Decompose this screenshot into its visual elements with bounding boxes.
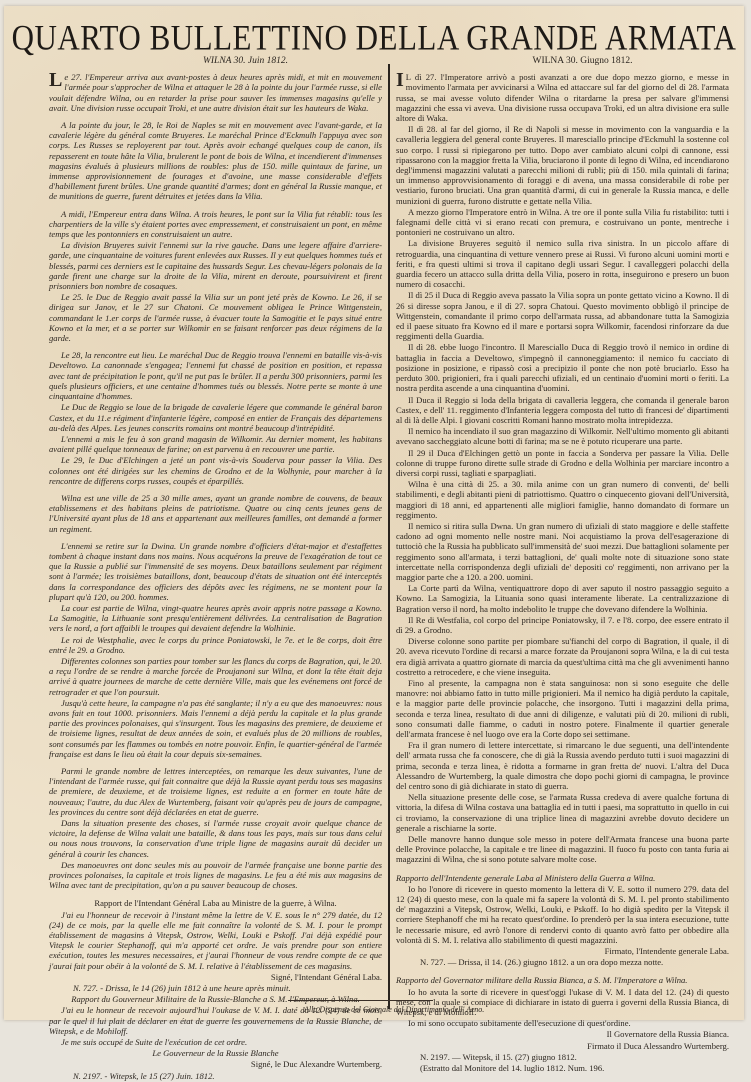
report-heading: Rapporto dell'Intendente generale Laba a… [396,873,729,883]
paragraph: Le 25. le Duc de Reggio avait passé la V… [49,292,382,343]
report-number: N. 727. — Drissa, il 14. (26.) giugno 18… [396,957,729,967]
french-column: WILNA 30. Juin 1812. Le 27. l'Empereur a… [49,56,382,1024]
paragraph: A mezzo giorno l'Imperatore entrò in Wil… [396,207,729,238]
paragraph: Fra il gran numero di lettere intercetta… [396,740,729,791]
report-signature: Signé, l'Intendant Général Laba. [49,972,382,982]
italian-dateline: WILNA 30. Giugno 1812. [396,56,729,66]
paragraph: Le roi de Westphalie, avec le corps du p… [49,635,382,655]
paragraph: La divisione Bruyeres seguitò il nemico … [396,238,729,289]
paragraph: Delle manovre hanno dunque sole messo in… [396,834,729,865]
drop-cap: L [49,72,62,88]
report-body: J'ai eu l'honneur de recevoir à l'instan… [49,910,382,971]
italian-body: IL dì 27. l'Imperatore arrivò a posti av… [396,72,729,1024]
paragraph: Wilna è una città di 25. a 30. mila anim… [396,479,729,520]
paragraph: A la pointe du jour, le 28, le Roi de Na… [49,120,382,202]
paragraph: Il dì 25 il Duca di Reggio aveva passato… [396,290,729,341]
paragraph: Il Re di Westfalia, col corpo del princi… [396,615,729,635]
paragraph: L'ennemi a mis le feu à son grand magasi… [49,434,382,454]
french-dateline: WILNA 30. Juin 1812. [49,56,382,66]
paragraph: Le 29, le Duc d'Elchingen a jeté un pont… [49,455,382,486]
paragraph: Wilna est une ville de 25 a 30 mille ame… [49,493,382,534]
paragraph: IL dì 27. l'Imperatore arrivò a posti av… [396,72,729,123]
paragraph: Jusqu'à cette heure, la campagne n'a pas… [49,698,382,759]
paragraph: Diverse colonne sono partite per piombar… [396,636,729,677]
paragraph: Il 29 il Duca d'Elchingen gettò un ponte… [396,448,729,479]
paragraph: Differentes colonnes son parties pour to… [49,656,382,697]
paragraph: Le 27. l'Empereur arriva aux avant-poste… [49,72,382,113]
report-closing: Io mi sono occupato subitamente dell'ese… [396,1018,729,1024]
paragraph: Il dì 28. al far del giorno, il Re di Na… [396,124,729,206]
french-body: Le 27. l'Empereur arriva aux avant-poste… [49,72,382,1024]
paragraph: La cour est partie de Wilna, vingt-quatr… [49,603,382,634]
paragraph: Fino al presente, la campagna non è stat… [396,678,729,739]
paragraph: Il Duca il Reggio si loda della brigata … [396,395,729,426]
paragraph: La division Bruyeres suivit l'ennemi sur… [49,240,382,291]
paragraph: Il nemico ha incendiato il suo gran maga… [396,426,729,446]
report-number: N. 727. - Drissa, le 14 (26) juin 1812 à… [49,983,382,993]
paragraph: La Corte partì da Wilna, ventiquattrore … [396,583,729,614]
footer-rule [288,1000,433,1001]
paragraph: Des manoeuvres ont donc seules mis au po… [49,860,382,891]
paragraph: Le Duc de Reggio se loue de la brigade d… [49,402,382,433]
paragraph: Nella situazione presente delle cose, se… [396,792,729,833]
report-heading: Rapporto del Governator militare della R… [396,975,729,985]
page-title: QUARTO BULLETTINO DELLA GRANDE ARMATA [4,17,744,58]
report-body: Io ho l'onore di ricevere in questo mome… [396,884,729,945]
paragraph: A midi, l'Empereur entra dans Wilna. A t… [49,209,382,240]
paragraph: Dans la situation presente des choses, s… [49,818,382,859]
report-heading: Rapport de l'Intendant Général Laba au M… [49,898,382,908]
report-signature: Firmato, l'Intendente generale Laba. [396,946,729,956]
paragraph: Le 28, la rencontre eut lieu. Le marécha… [49,350,382,401]
bulletin-page: QUARTO BULLETTINO DELLA GRANDE ARMATA WI… [4,6,744,1020]
paragraph: L'ennemi se retire sur la Dwina. Un gran… [49,541,382,602]
paragraph: Parmi le grande nombre de lettres interc… [49,766,382,817]
drop-cap: I [396,72,404,88]
italian-column: WILNA 30. Giugno 1812. IL dì 27. l'Imper… [396,56,729,1024]
printer-imprint: Alla Dispensa del Giornale del Dipartime… [304,1005,484,1014]
paragraph: Il dì 28. ebbe luogo l'incontro. Il Mare… [396,342,729,393]
paragraph: Il nemico si ritira sulla Dwna. Un gran … [396,521,729,582]
column-divider [388,64,390,1009]
